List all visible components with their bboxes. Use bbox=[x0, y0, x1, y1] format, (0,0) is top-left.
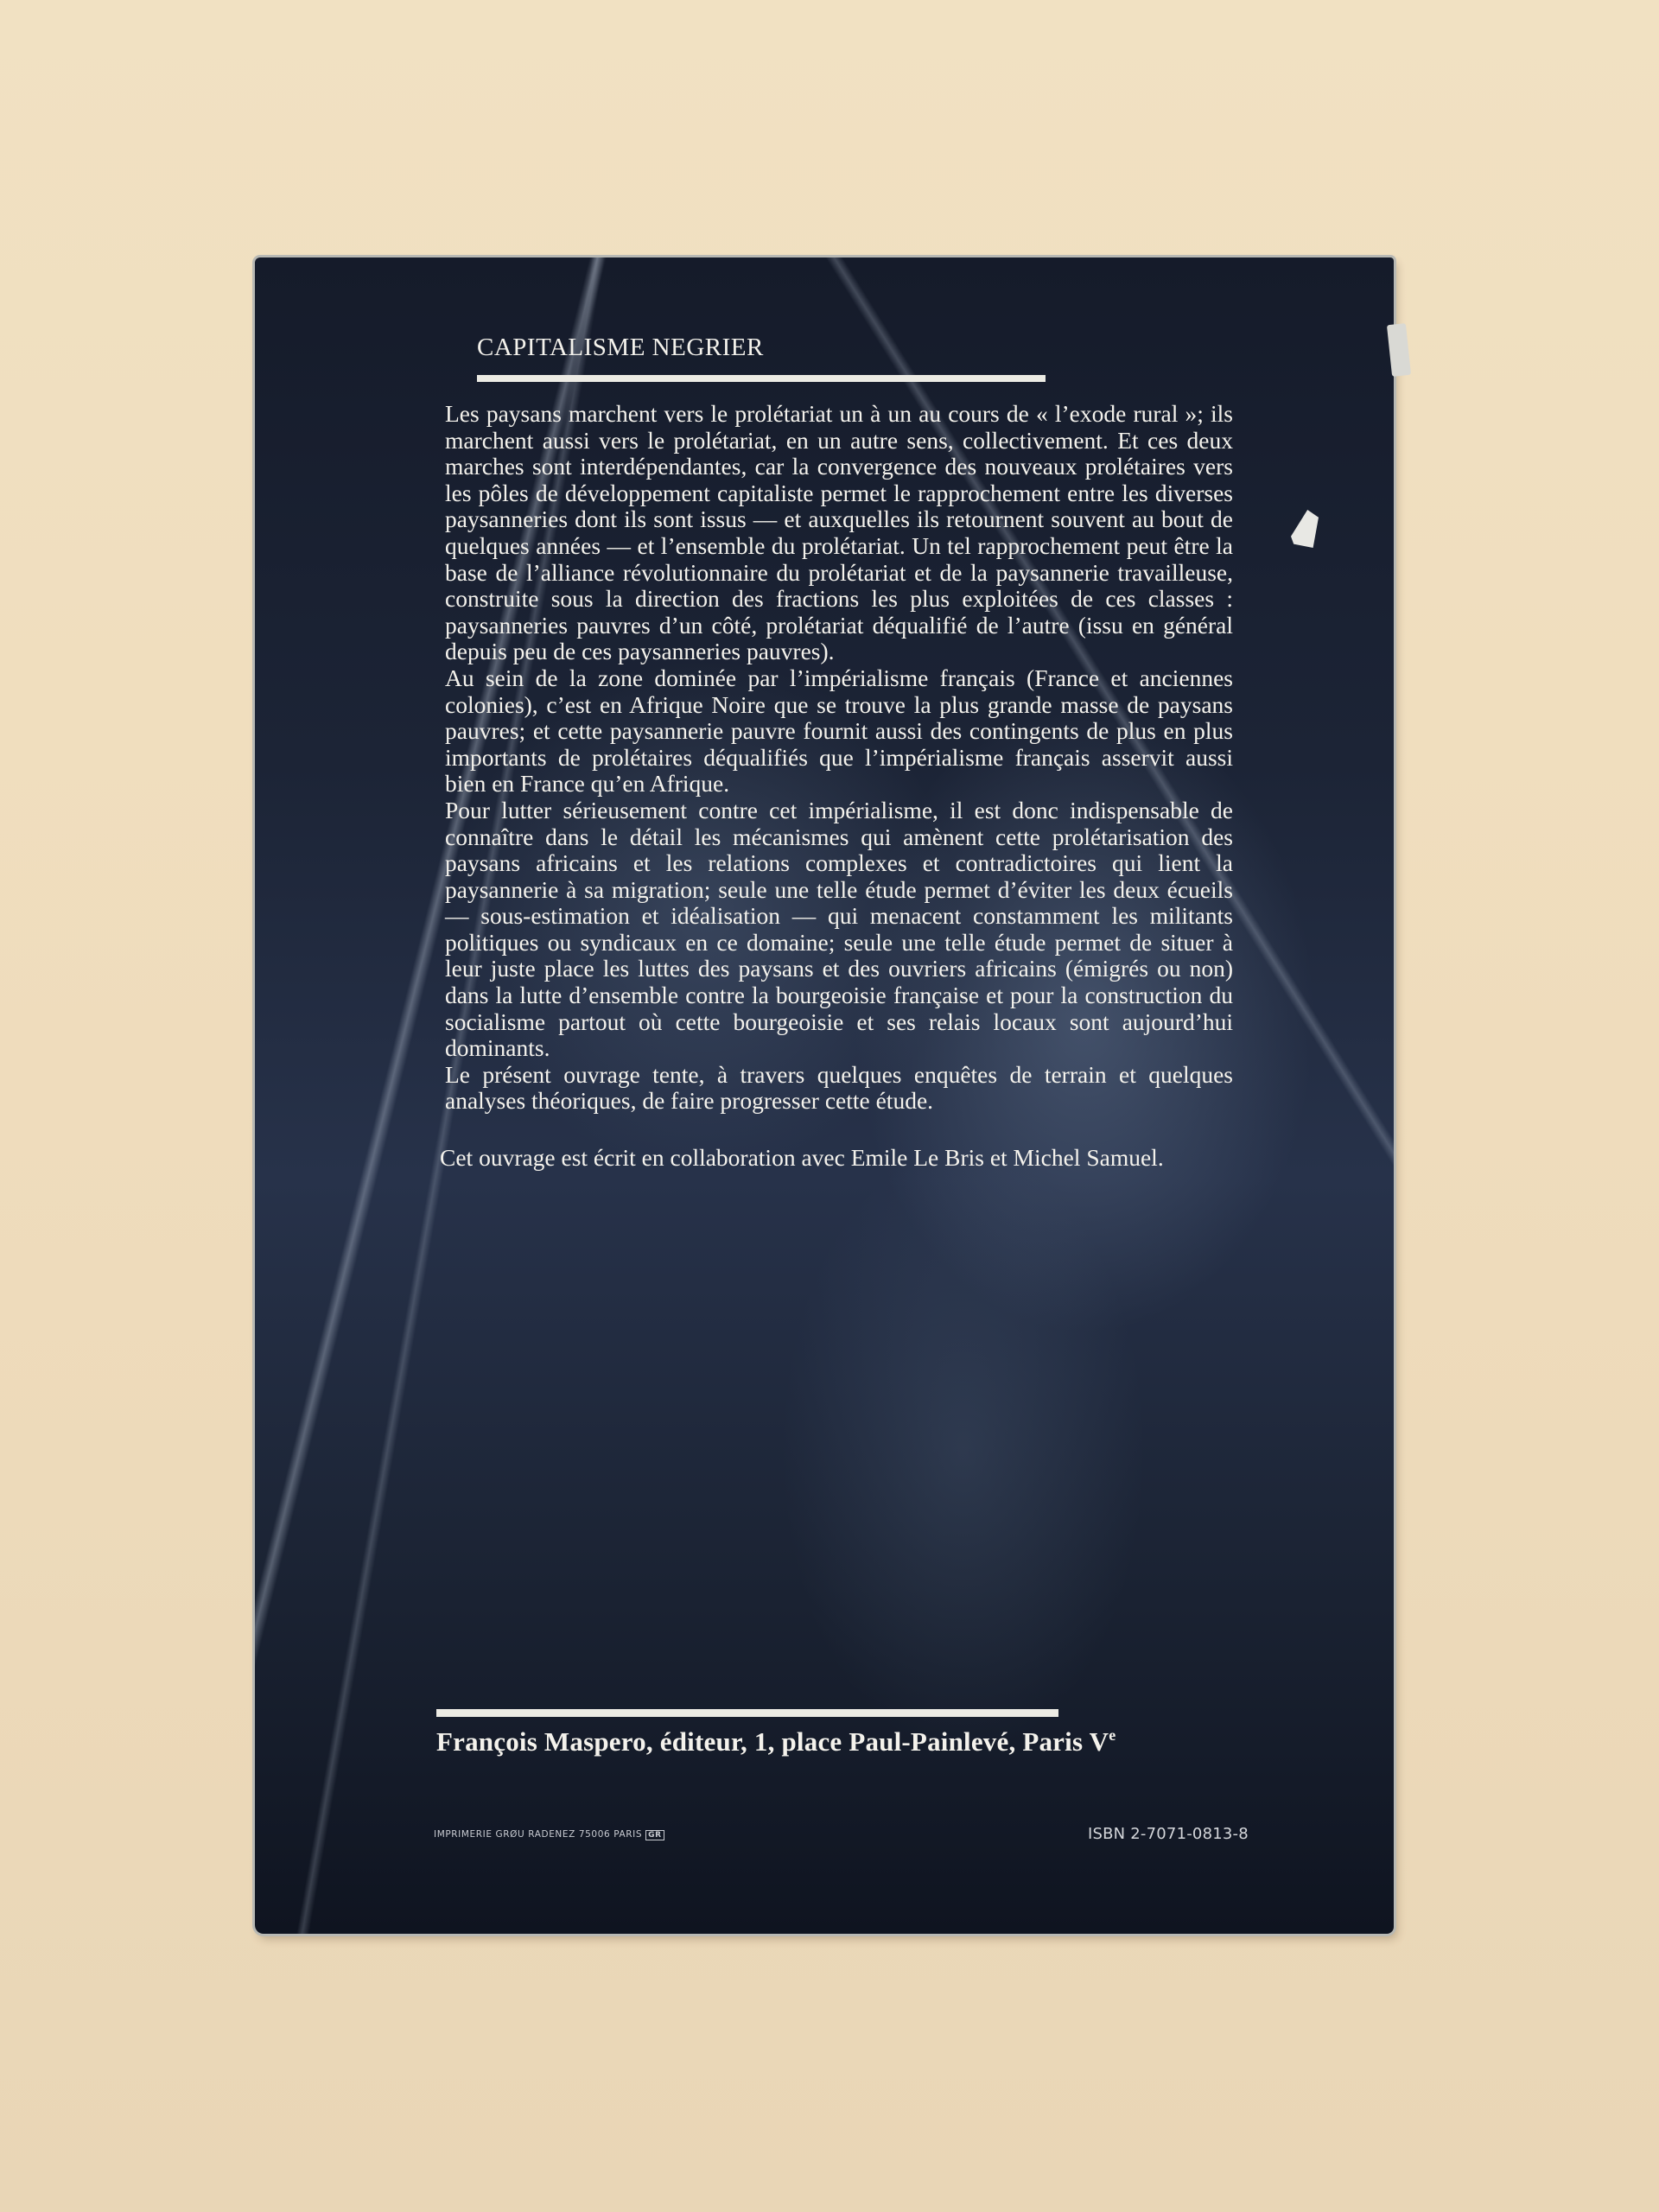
printer-line: IMPRIMERIE GRØU RADENEZ 75006 PARISGR bbox=[434, 1829, 664, 1840]
publisher-text: François Maspero, éditeur, 1, place Paul… bbox=[436, 1726, 1109, 1757]
cover-text-block: CAPITALISME NEGRIER Les paysans marchent… bbox=[445, 328, 1233, 1171]
publisher-rule bbox=[436, 1709, 1058, 1717]
collaboration-note: Cet ouvrage est écrit en collaboration a… bbox=[440, 1144, 1228, 1171]
blurb: Les paysans marchent vers le prolétariat… bbox=[445, 401, 1233, 1115]
blurb-paragraph: Au sein de la zone dominée par l’impéria… bbox=[445, 665, 1233, 798]
printer-logo-icon: GR bbox=[645, 1830, 664, 1840]
printer-text: IMPRIMERIE GRØU RADENEZ 75006 PARIS bbox=[434, 1829, 642, 1840]
blurb-paragraph: Les paysans marchent vers le prolétariat… bbox=[445, 401, 1233, 665]
publisher-superscript: e bbox=[1109, 1726, 1116, 1744]
isbn: ISBN 2-7071-0813-8 bbox=[1088, 1825, 1249, 1843]
blurb-paragraph: Pour lutter sérieusement contre cet impé… bbox=[445, 798, 1233, 1062]
book-title: CAPITALISME NEGRIER bbox=[477, 328, 1233, 366]
blurb-paragraph: Le présent ouvrage tente, à travers quel… bbox=[445, 1062, 1233, 1115]
title-rule bbox=[477, 375, 1046, 382]
publisher-line: François Maspero, éditeur, 1, place Paul… bbox=[436, 1726, 1116, 1758]
